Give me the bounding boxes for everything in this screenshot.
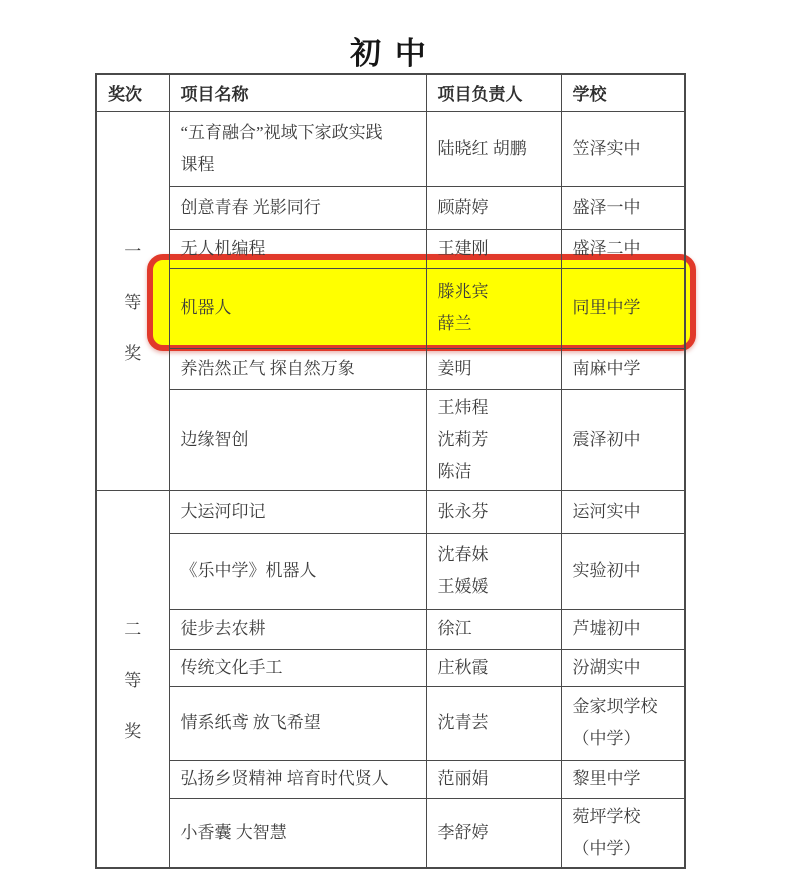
project-leader: 沈莉芳 — [438, 424, 550, 456]
project-leader-cell: 王炜程 沈莉芳 陈洁 — [426, 389, 561, 490]
table-row-highlighted: 机器人 滕兆宾 薛兰 同里中学 — [96, 268, 685, 348]
project-leader: 薛兰 — [438, 308, 550, 340]
project-name: 徒步去农耕 — [181, 613, 415, 645]
project-name: 小香囊 大智慧 — [181, 817, 415, 849]
award-rank-cell-first-prize: 一 等 奖 — [96, 111, 169, 490]
project-leader-cell: 范丽娟 — [426, 760, 561, 798]
school-cell: 盛泽二中 — [561, 229, 685, 268]
project-name: 《乐中学》机器人 — [181, 555, 415, 587]
school-name: 实验初中 — [573, 555, 674, 587]
project-leader-cell: 王建刚 — [426, 229, 561, 268]
school-name: 黎里中学 — [573, 763, 674, 795]
project-leader-cell: 陆晓红 胡鹏 — [426, 111, 561, 186]
project-leader: 陈洁 — [438, 456, 550, 488]
school-cell: 笠泽实中 — [561, 111, 685, 186]
project-leader: 张永芬 — [438, 496, 550, 528]
project-leader: 王媛媛 — [438, 571, 550, 603]
project-name: 机器人 — [181, 292, 415, 324]
header-school: 学校 — [561, 74, 685, 111]
project-leader: 范丽娟 — [438, 763, 550, 795]
school-name: 菀坪学校 — [573, 801, 674, 833]
school-cell: 同里中学 — [561, 268, 685, 348]
project-name-cell: 徒步去农耕 — [169, 609, 426, 649]
table-row: 边缘智创 王炜程 沈莉芳 陈洁 震泽初中 — [96, 389, 685, 490]
school-cell: 运河实中 — [561, 490, 685, 533]
project-leader-cell: 滕兆宾 薛兰 — [426, 268, 561, 348]
table-row: 创意青春 光影同行 顾蔚婷 盛泽一中 — [96, 186, 685, 229]
school-cell: 黎里中学 — [561, 760, 685, 798]
table-row: 养浩然正气 探自然万象 姜明 南麻中学 — [96, 348, 685, 389]
project-leader-cell: 张永芬 — [426, 490, 561, 533]
school-name: （中学） — [573, 723, 674, 755]
project-name-cell: 边缘智创 — [169, 389, 426, 490]
header-project-name: 项目名称 — [169, 74, 426, 111]
project-leader-cell: 沈青芸 — [426, 686, 561, 760]
project-leader: 陆晓红 胡鹏 — [438, 133, 550, 165]
project-leader: 沈春妹 — [438, 539, 550, 571]
school-name: 金家坝学校 — [573, 691, 674, 723]
school-cell: 南麻中学 — [561, 348, 685, 389]
school-cell: 盛泽一中 — [561, 186, 685, 229]
award-table: 奖次 项目名称 项目负责人 学校 一 等 奖 “五育融合”视域下家政实践 课程 … — [95, 73, 686, 869]
project-name-cell: 养浩然正气 探自然万象 — [169, 348, 426, 389]
school-name: （中学） — [573, 833, 674, 865]
table-row: 传统文化手工 庄秋霞 汾湖实中 — [96, 649, 685, 686]
table-row: 徒步去农耕 徐江 芦墟初中 — [96, 609, 685, 649]
project-leader: 顾蔚婷 — [438, 192, 550, 224]
table-row: 一 等 奖 “五育融合”视域下家政实践 课程 陆晓红 胡鹏 笠泽实中 — [96, 111, 685, 186]
award-rank-label: 一 等 奖 — [97, 237, 169, 364]
school-name: 笠泽实中 — [573, 133, 674, 165]
header-award-rank: 奖次 — [96, 74, 169, 111]
table-row: 小香囊 大智慧 李舒婷 菀坪学校 （中学） — [96, 798, 685, 868]
school-cell: 实验初中 — [561, 533, 685, 609]
table-row: 情系纸鸢 放飞希望 沈青芸 金家坝学校 （中学） — [96, 686, 685, 760]
project-name-cell: 无人机编程 — [169, 229, 426, 268]
project-name: 无人机编程 — [181, 233, 415, 265]
document-page: 初 中 奖次 项目名称 项目负责人 学校 一 等 奖 “五育融合”视域下家政实践… — [0, 0, 800, 884]
project-leader-cell: 庄秋霞 — [426, 649, 561, 686]
project-leader: 庄秋霞 — [438, 652, 550, 684]
project-name: 情系纸鸢 放飞希望 — [181, 707, 415, 739]
project-name-cell: 传统文化手工 — [169, 649, 426, 686]
school-name: 运河实中 — [573, 496, 674, 528]
project-leader-cell: 李舒婷 — [426, 798, 561, 868]
table-row: 《乐中学》机器人 沈春妹 王媛媛 实验初中 — [96, 533, 685, 609]
project-leader: 李舒婷 — [438, 817, 550, 849]
project-name: 边缘智创 — [181, 424, 415, 456]
school-name: 震泽初中 — [573, 424, 674, 456]
school-name: 盛泽二中 — [573, 233, 674, 265]
school-name: 汾湖实中 — [573, 652, 674, 684]
project-name-cell: “五育融合”视域下家政实践 课程 — [169, 111, 426, 186]
project-leader: 姜明 — [438, 353, 550, 385]
project-leader: 滕兆宾 — [438, 276, 550, 308]
project-leader-cell: 徐江 — [426, 609, 561, 649]
project-name: 大运河印记 — [181, 496, 415, 528]
school-name: 同里中学 — [573, 292, 674, 324]
school-cell: 震泽初中 — [561, 389, 685, 490]
project-name-cell: 弘扬乡贤精神 培育时代贤人 — [169, 760, 426, 798]
table-row: 弘扬乡贤精神 培育时代贤人 范丽娟 黎里中学 — [96, 760, 685, 798]
school-name: 盛泽一中 — [573, 192, 674, 224]
school-name: 南麻中学 — [573, 353, 674, 385]
school-cell: 金家坝学校 （中学） — [561, 686, 685, 760]
school-name: 芦墟初中 — [573, 613, 674, 645]
project-name-cell: 创意青春 光影同行 — [169, 186, 426, 229]
school-cell: 菀坪学校 （中学） — [561, 798, 685, 868]
project-leader: 王炜程 — [438, 392, 550, 424]
table-row: 二 等 奖 大运河印记 张永芬 运河实中 — [96, 490, 685, 533]
award-rank-label: 二 等 奖 — [97, 615, 169, 742]
project-name: 传统文化手工 — [181, 652, 415, 684]
project-name-cell: 机器人 — [169, 268, 426, 348]
project-name: 养浩然正气 探自然万象 — [181, 353, 415, 385]
school-cell: 汾湖实中 — [561, 649, 685, 686]
header-project-leader: 项目负责人 — [426, 74, 561, 111]
project-name-cell: 大运河印记 — [169, 490, 426, 533]
project-leader: 沈青芸 — [438, 707, 550, 739]
table-header-row: 奖次 项目名称 项目负责人 学校 — [96, 74, 685, 111]
project-name: 创意青春 光影同行 — [181, 192, 415, 224]
project-leader-cell: 沈春妹 王媛媛 — [426, 533, 561, 609]
project-name-cell: 《乐中学》机器人 — [169, 533, 426, 609]
project-leader-cell: 姜明 — [426, 348, 561, 389]
project-name-cell: 情系纸鸢 放飞希望 — [169, 686, 426, 760]
table-row: 无人机编程 王建刚 盛泽二中 — [96, 229, 685, 268]
project-leader: 王建刚 — [438, 233, 550, 265]
award-rank-cell-second-prize: 二 等 奖 — [96, 490, 169, 868]
project-leader: 徐江 — [438, 613, 550, 645]
project-leader-cell: 顾蔚婷 — [426, 186, 561, 229]
school-cell: 芦墟初中 — [561, 609, 685, 649]
project-name-cell: 小香囊 大智慧 — [169, 798, 426, 868]
project-name: 弘扬乡贤精神 培育时代贤人 — [181, 763, 415, 795]
project-name: “五育融合”视域下家政实践 — [181, 117, 415, 149]
page-title: 初 中 — [95, 28, 684, 73]
